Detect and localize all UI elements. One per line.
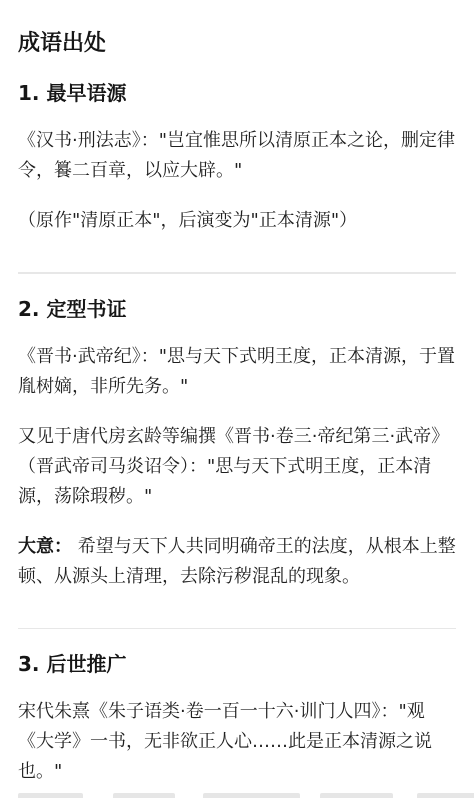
section-divider [18, 628, 456, 630]
cutoff-bar [417, 793, 474, 798]
document-body: 成语出处 1. 最早语源 《汉书·刑法志》："岂宜惟思所以清原正本之论，删定律令… [0, 0, 474, 800]
cutoff-bar [113, 793, 175, 798]
cutoff-bar [320, 793, 393, 798]
paragraph-jinshu-quote: 《晋书·武帝纪》："思与天下式明王度，正本清源，于置胤树嫡，非所先务。" [18, 342, 456, 402]
paragraph-zhuxi-quote: 宋代朱熹《朱子语类·卷一百一十六·训门人四》："观《大学》一书，无非欲正人心……… [18, 697, 456, 787]
page-title: 成语出处 [18, 30, 456, 58]
section-2-heading: 2. 定型书证 [18, 296, 456, 322]
cutoff-next-content [18, 787, 456, 800]
section-divider [18, 272, 456, 274]
section-later-spread: 3. 后世推广 宋代朱熹《朱子语类·卷一百一十六·训门人四》："观《大学》一书，… [18, 651, 456, 787]
section-earliest-source: 1. 最早语源 《汉书·刑法志》："岂宜惟思所以清原正本之论，删定律令，籑二百章… [18, 80, 456, 236]
meaning-text: 希望与天下人共同明确帝王的法度，从根本上整顿、从源头上清理，去除污秽混乱的现象。 [18, 536, 456, 587]
section-canonical-citation: 2. 定型书证 《晋书·武帝纪》："思与天下式明王度，正本清源，于置胤树嫡，非所… [18, 296, 456, 592]
paragraph-hanshu-quote: 《汉书·刑法志》："岂宜惟思所以清原正本之论，删定律令，籑二百章，以应大辟。" [18, 126, 456, 186]
paragraph-jinshu-volume-quote: 又见于唐代房玄龄等编撰《晋书·卷三·帝纪第三·武帝》（晋武帝司马炎诏令）："思与… [18, 422, 456, 512]
cutoff-bar [18, 793, 83, 798]
section-1-heading: 1. 最早语源 [18, 80, 456, 106]
paragraph-meaning: 大意： 希望与天下人共同明确帝王的法度，从根本上整顿、从源头上清理，去除污秽混乱… [18, 532, 456, 592]
meaning-label: 大意： [18, 536, 72, 557]
paragraph-original-form-note: （原作"清原正本"，后演变为"正本清源"） [18, 206, 456, 236]
cutoff-bar [203, 793, 300, 798]
section-3-heading: 3. 后世推广 [18, 651, 456, 677]
